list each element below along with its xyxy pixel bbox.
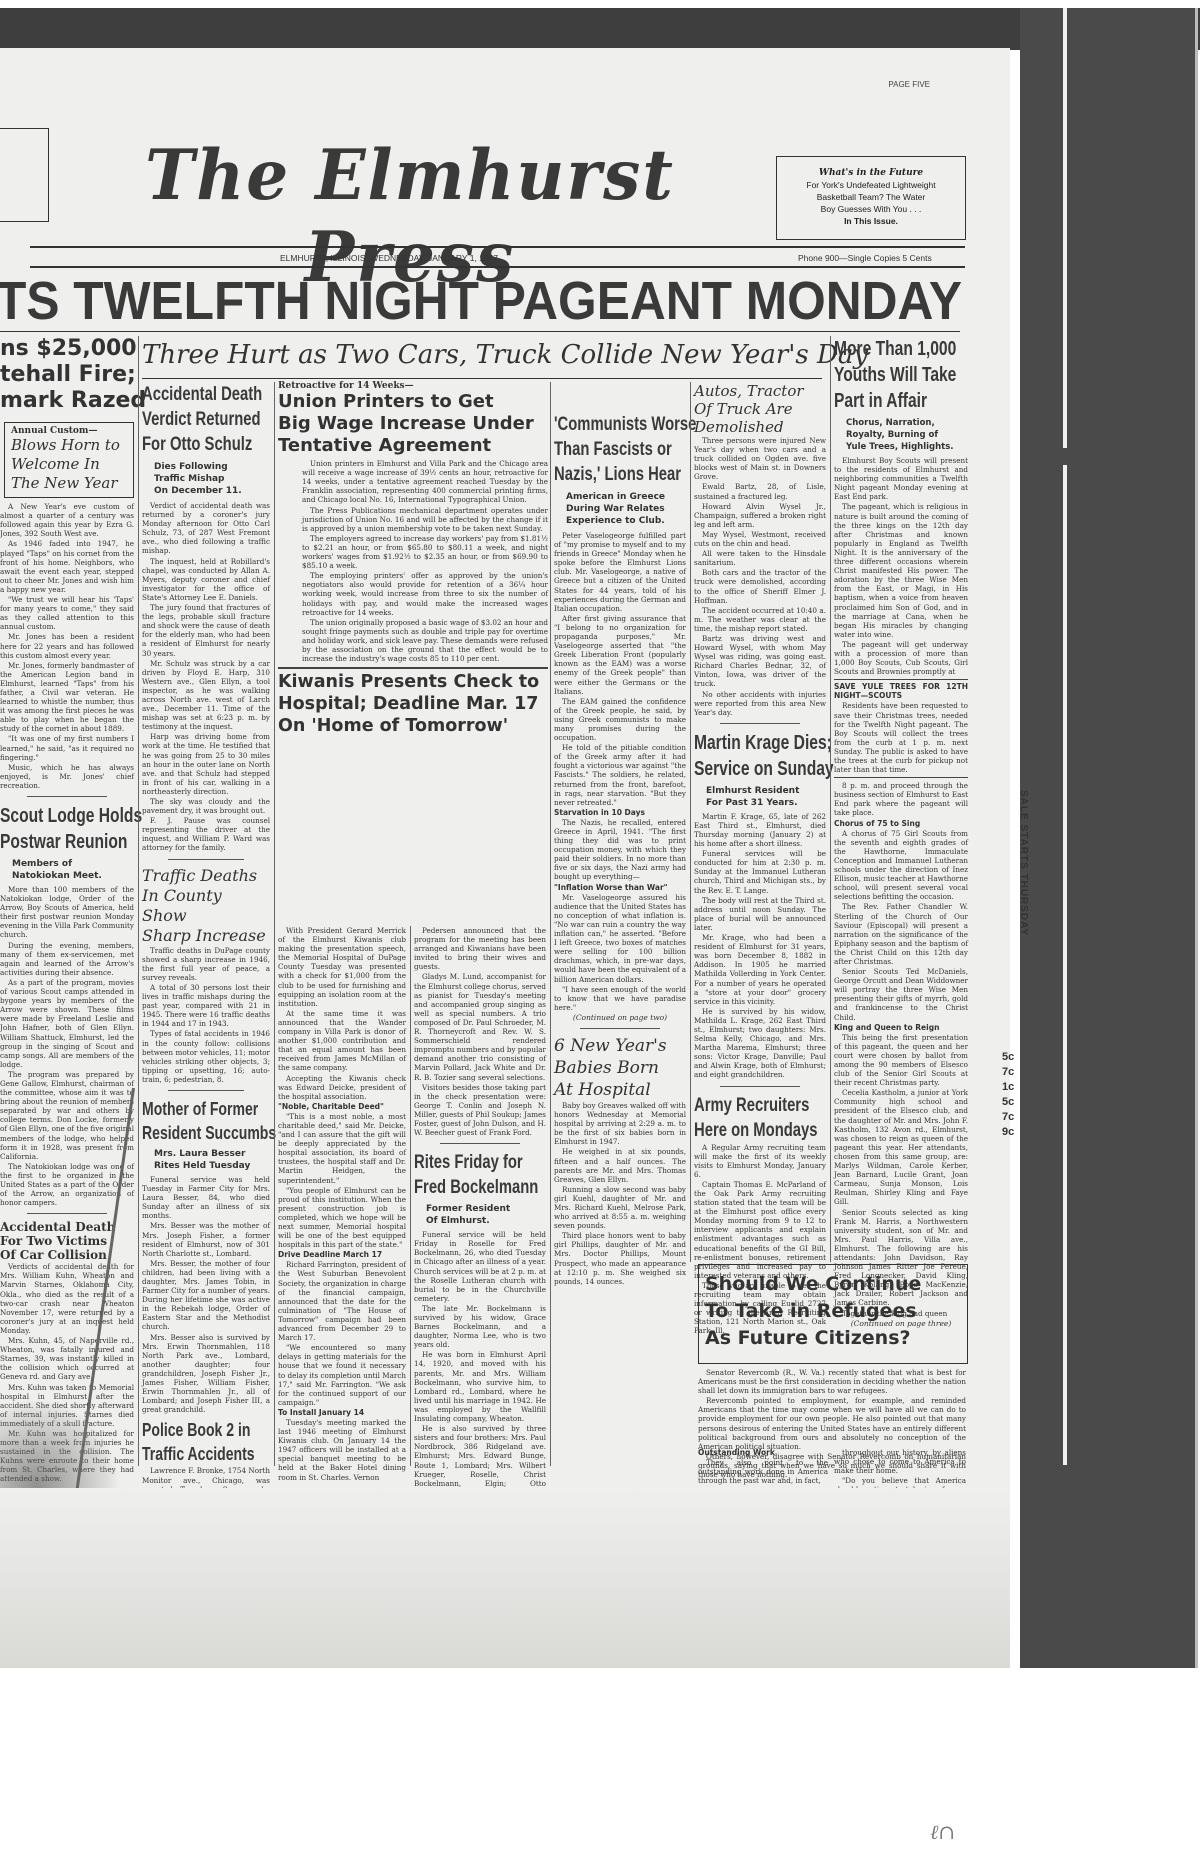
otto-headline: Accidental Death Verdict Returned For Ot… [142, 382, 242, 457]
communists-headline: 'Communists Worse Than Fascists or Nazis… [554, 412, 657, 487]
divider [278, 667, 548, 669]
three-hurt-story: Autos, Tractor Of Truck Are Demolished T… [694, 382, 826, 1337]
horn-body: A New Year's eve custom of almost a quar… [0, 502, 134, 790]
traffic-deaths-headline: Traffic Deaths In County Show Sharp Incr… [142, 866, 270, 946]
column-divider [690, 382, 691, 1262]
column-2: Accidental Death Verdict Returned For Ot… [142, 382, 270, 1661]
divider [440, 1143, 519, 1144]
mother-former-subhead: Mrs. Laura Besser Rites Held Tuesday [154, 1148, 270, 1172]
phone-line: Phone 900—Single Copies 5 Cents [798, 253, 932, 263]
column-divider [274, 382, 275, 1466]
masthead-rule [30, 266, 965, 268]
fire-headline: ns $25,000 tehall Fire; mark Razed [0, 336, 134, 414]
refugees-body-left: Outstanding Work They also point to the … [698, 1448, 828, 1486]
divider [168, 859, 245, 860]
mother-passes-headline: Mother Passes Away [0, 1497, 134, 1515]
column-divider [550, 382, 551, 1466]
masthead-rule [30, 246, 965, 248]
refugees-headline-box: Should We Continue To Take in Refugees A… [698, 1264, 968, 1364]
mother-former-body: Funeral service was held Tuesday in Farm… [142, 1175, 270, 1414]
union-body: Union printers in Elmhurst and Villa Par… [278, 459, 548, 663]
communists-story: 'Communists Worse Than Fascists or Nazis… [554, 412, 686, 1287]
column-divider [830, 336, 831, 1262]
banner-headline: TS TWELFTH NIGHT PAGEANT MONDAY [0, 270, 879, 332]
divider [168, 1090, 245, 1091]
ear-line: Boy Guesses With You . . . [777, 203, 965, 215]
horn-headline-box: Annual Custom— Blows Horn to Welcome In … [4, 422, 134, 498]
scout-headline: Scout Lodge Holds Postwar Reunion [0, 803, 105, 855]
communists-subhead: American in Greece During War Relates Ex… [566, 491, 686, 527]
divider [27, 1213, 107, 1214]
krage-headline: Martin Krage Dies; Service on Sunday [694, 730, 797, 782]
column-divider [138, 336, 139, 1466]
column-divider [410, 926, 411, 1466]
newspaper-page: PAGE FIVE The Elmhurst Press What's in t… [0, 48, 1010, 1668]
scan-stripe [1063, 465, 1067, 1465]
ear-line: For York's Undefeated Lightweight [777, 179, 965, 191]
side-ad-vertical-text: SALE STARTS THURSDAY [1018, 790, 1029, 936]
pageant-subhead: Chorus, Narration, Royalty, Burning of Y… [846, 417, 968, 453]
divider [720, 723, 799, 724]
scan-edge [1195, 8, 1198, 1668]
kiwanis-body-right: Pedersen announced that the program for … [414, 926, 546, 1576]
ear-line: Basketball Team? The Water [777, 191, 965, 203]
army-headline: Army Recruiters Here on Mondays [694, 1093, 797, 1143]
otto-subhead: Dies Following Traffic Mishap On Decembe… [154, 461, 270, 497]
pageant-story: More Than 1,000 Youths Will Take Part in… [834, 336, 968, 1328]
divider [720, 1086, 799, 1087]
column-1: ns $25,000 tehall Fire; mark Razed Annua… [0, 336, 134, 1579]
bockelmann-headline: Rites Friday for Fred Bockelmann [414, 1150, 517, 1200]
scan-stripe [1063, 8, 1067, 448]
refugees-headline: Should We Continue To Take in Refugees A… [699, 1265, 967, 1358]
yule-trees-box: SAVE YULE TREES FOR 12TH NIGHT—SCOUTS Re… [834, 679, 968, 778]
mother-passes-body: Mrs. Joseph Burrows, 232 South ave., was… [0, 1515, 134, 1579]
page-label: PAGE FIVE [888, 80, 930, 89]
continued-note: (Continued on page two) [834, 1543, 966, 1552]
babies-headline: 6 New Year's Babies Born At Hospital [554, 1035, 686, 1101]
banner-rule [0, 331, 960, 332]
mother-former-headline: Mother of Former Resident Succumbs [142, 1097, 242, 1145]
refugees-body-right: throughout our history, by aliens who ch… [834, 1448, 966, 1552]
ear-line: In This Issue. [777, 215, 965, 227]
handwritten-mark: ℓ∩ [930, 1820, 955, 1845]
right-ear-box: What's in the Future For York's Undefeat… [776, 156, 966, 240]
page-stain [0, 1398, 120, 1578]
side-ad-prices: 5c 7c 1c 5c 7c 9c [1002, 1050, 1014, 1140]
three-hurt-headline: Three Hurt as Two Cars, Truck Collide Ne… [142, 340, 822, 370]
bockelmann-subhead: Former Resident Of Elmhurst. [426, 1203, 546, 1227]
scan-right-border [1020, 8, 1195, 1668]
kiwanis-body-left: With President Gerard Merrick of the Elm… [278, 926, 406, 1483]
three-hurt-subhead: Autos, Tractor Of Truck Are Demolished [694, 382, 826, 436]
headline-rule [142, 378, 822, 379]
pageant-headline: More Than 1,000 Youths Will Take Part in… [834, 336, 939, 414]
kiwanis-headline: Kiwanis Presents Check to Hospital; Dead… [278, 671, 548, 737]
scout-subhead: Members of Natokiokan Meet. [12, 858, 134, 882]
divider [27, 796, 107, 797]
police-headline: Police Book 2 in Traffic Accidents [142, 1418, 242, 1466]
police-body: Lawrence F. Bronke, 1754 North Monitor a… [142, 1466, 270, 1660]
left-ear-box [0, 128, 49, 222]
union-story: Retroactive for 14 Weeks— Union Printers… [278, 382, 548, 737]
continued-note: (Continued on page two) [554, 1013, 686, 1022]
ear-title: What's in the Future [777, 167, 965, 179]
otto-body: Verdict of accidental death was returned… [142, 501, 270, 853]
scan-bottom-margin [0, 1668, 1200, 1855]
dateline: ELMHURST, ILLINOIS, WEDNESDAY, JANUARY 1… [280, 253, 500, 263]
union-headline: Union Printers to Get Big Wage Increase … [278, 391, 548, 457]
divider [27, 1490, 107, 1491]
scout-body: More than 100 members of the Natokiokan … [0, 885, 134, 1207]
krage-subhead: Elmhurst Resident For Past 31 Years. [706, 785, 826, 809]
divider [580, 1028, 659, 1029]
traffic-deaths-body: Traffic deaths in DuPage county showed a… [142, 946, 270, 1084]
